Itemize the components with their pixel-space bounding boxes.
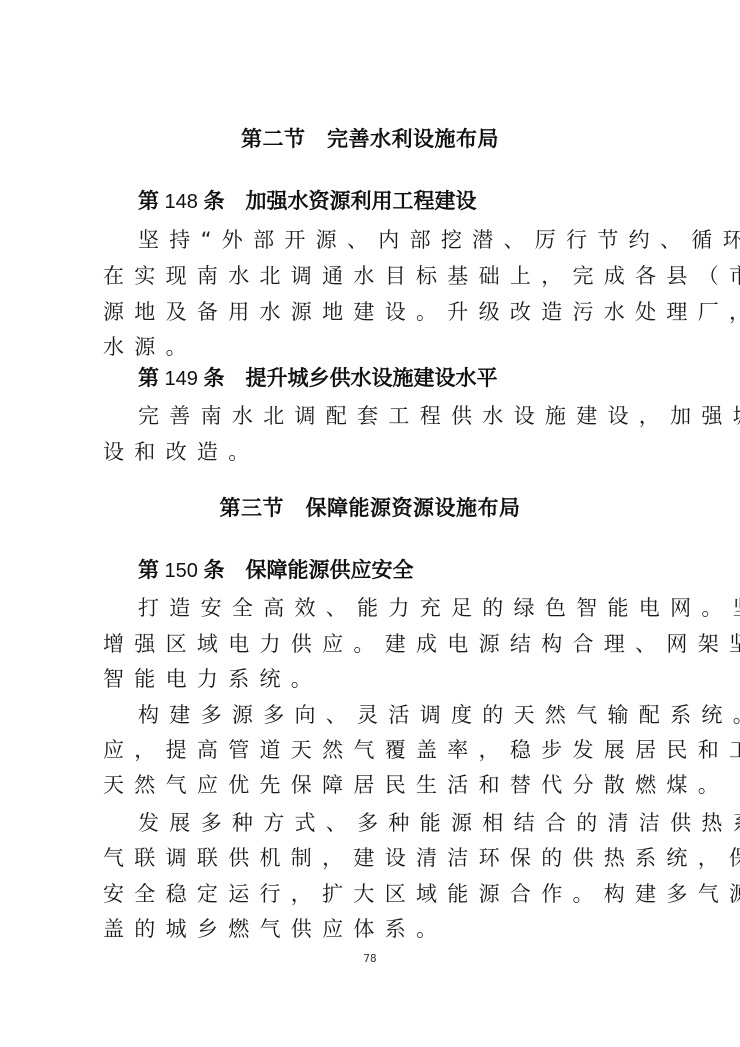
article-number: 149 (159, 368, 203, 390)
article-title-148: 第 148 条 加强水资源利用工程建设 (138, 185, 476, 215)
paragraph-line: 增强区域电力供应。建成电源结构合理、网架坚强、适应性强的 (103, 628, 740, 658)
article-prefix: 第 (138, 189, 159, 213)
article-title-149: 第 149 条 提升城乡供水设施建设水平 (138, 362, 497, 392)
paragraph-line: 设和改造。 (103, 436, 260, 466)
paragraph-line: 源地及备用水源地建设。升级改造污水处理厂，充分利用再生水 (103, 296, 740, 326)
article-heading: 条 保障能源供应安全 (203, 558, 413, 582)
article-heading: 条 加强水资源利用工程建设 (203, 189, 476, 213)
paragraph-line: 打造安全高效、能力充足的绿色智能电网。坚持绿色供电， (138, 592, 740, 622)
paragraph-line: 天然气应优先保障居民生活和替代分散燃煤。 (103, 769, 729, 799)
paragraph-line: 完善南水北调配套工程供水设施建设，加强城市供水管网建 (138, 400, 740, 430)
paragraph-line: 盖的城乡燃气供应体系。 (103, 913, 447, 943)
article-prefix: 第 (138, 558, 159, 582)
article-number: 148 (159, 191, 203, 213)
section-title: 第二节 完善水利设施布局 (0, 123, 740, 153)
paragraph-line: 发展多种方式、多种能源相结合的清洁供热系统。完善热电 (138, 807, 740, 837)
document-page: 第二节 完善水利设施布局 第 148 条 加强水资源利用工程建设 坚持“外部开源… (0, 0, 740, 1047)
article-heading: 条 提升城乡供水设施建设水平 (203, 366, 497, 390)
paragraph-line: 应，提高管道天然气覆盖率，稳步发展居民和工商业用气，新增 (103, 734, 740, 764)
article-title-150: 第 150 条 保障能源供应安全 (138, 554, 413, 584)
article-prefix: 第 (138, 366, 159, 390)
paragraph-line: 在实现南水北调通水目标基础上，完成各县（市）城区地下水水 (103, 260, 740, 290)
paragraph-line: 构建多源多向、灵活调度的天然气输配系统。增加天然气供 (138, 699, 740, 729)
paragraph-line: 坚持“外部开源、内部挖潜、厉行节约、循环利用”方针， (138, 224, 740, 254)
paragraph-line: 气联调联供机制，建设清洁环保的供热系统，保障城市能源系统 (103, 842, 740, 872)
paragraph-line: 智能电力系统。 (103, 663, 322, 693)
page-number: 78 (0, 952, 740, 965)
paragraph-line: 安全稳定运行，扩大区域能源合作。构建多气源、多层级、广覆 (103, 878, 740, 908)
paragraph-line: 水源。 (103, 331, 197, 361)
section-title: 第三节 保障能源资源设施布局 (0, 492, 740, 522)
article-number: 150 (159, 560, 203, 582)
